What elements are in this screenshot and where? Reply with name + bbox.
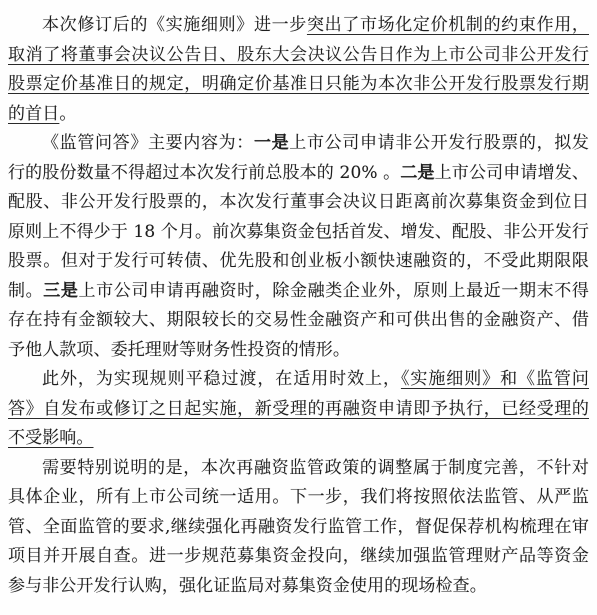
document-page: 本次修订后的《实施细则》进一步突出了市场化定价机制的约束作用，取消了将董事会决议… <box>0 0 597 615</box>
emphasis-segment: 三是 <box>43 281 78 301</box>
paragraph-4: 需要特别说明的是，本次再融资监管政策的调整属于制度完善，不针对具体企业，所有上市… <box>8 454 589 602</box>
text-segment: 上市公司申请再融资时，除金融类企业外，原则上最近一期末不得存在持有金额较大、期限… <box>8 281 589 360</box>
text-segment: 此外，为实现规则平稳过渡，在适用时效上， <box>42 369 401 389</box>
text-segment: 《监管问答》主要内容为： <box>42 133 254 153</box>
document-body: 本次修订后的《实施细则》进一步突出了市场化定价机制的约束作用，取消了将董事会决议… <box>8 11 589 601</box>
emphasis-segment: 二是 <box>400 163 434 183</box>
text-segment: 。 <box>59 104 76 124</box>
emphasis-segment: 一是 <box>254 133 289 153</box>
paragraph-3: 此外，为实现规则平稳过渡，在适用时效上，《实施细则》和《监管问答》自发布或修订之… <box>8 365 589 454</box>
paragraph-2: 《监管问答》主要内容为：一是上市公司申请非公开发行股票的，拟发行的股份数量不得超… <box>8 129 589 365</box>
text-segment: 需要特别说明的是，本次再融资监管政策的调整属于制度完善，不针对具体企业，所有上市… <box>8 458 589 596</box>
text-segment: 本次修订后的《实施细则》进一步 <box>42 15 307 35</box>
paragraph-1: 本次修订后的《实施细则》进一步突出了市场化定价机制的约束作用，取消了将董事会决议… <box>8 11 589 129</box>
